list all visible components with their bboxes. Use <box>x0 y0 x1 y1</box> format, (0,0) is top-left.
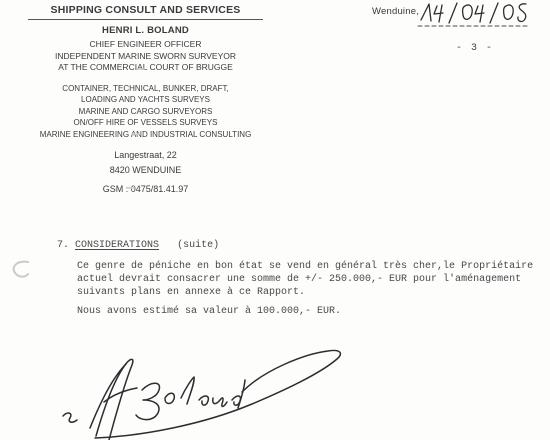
digit-4 <box>434 5 443 22</box>
letterhead: SHIPPING CONSULT AND SERVICES HENRI L. B… <box>28 4 263 195</box>
credentials-block: CHIEF ENGINEER OFFICER INDEPENDENT MARIN… <box>28 39 263 74</box>
gsm-phone: GSM : 0475/81.41.97 <box>28 183 263 195</box>
dateline-place: Wenduine, <box>372 6 419 17</box>
credential-line: CHIEF ENGINEER OFFICER <box>28 39 263 51</box>
signature-d-stroke <box>232 380 245 408</box>
signature-h-stroke <box>96 359 133 440</box>
scan-artifact-curl <box>4 254 34 284</box>
signature-image <box>52 336 347 440</box>
scan-smudge <box>136 68 145 70</box>
digit-8 <box>518 4 526 22</box>
address-block: Langestraat, 22 8420 WENDUINE <box>28 148 263 178</box>
scan-smudge <box>126 187 135 189</box>
address-city: 8420 WENDUINE <box>28 163 263 178</box>
scanned-document-page: SHIPPING CONSULT AND SERVICES HENRI L. B… <box>0 0 550 440</box>
signature-leadin-stroke <box>63 413 77 422</box>
service-line: LOADING AND YACHTS SURVEYS <box>28 94 263 106</box>
signature-n-stroke <box>213 398 227 407</box>
body-paragraph-2: Nous avons estimé sa valeur à 100.000,- … <box>77 305 477 318</box>
scan-smudge <box>131 133 140 135</box>
digit-1 <box>421 4 431 21</box>
signature-a-stroke <box>199 396 208 405</box>
credential-line: AT THE COMMERCIAL COURT OF BRUGGE <box>28 62 263 74</box>
section-number: 7. <box>57 240 69 251</box>
section-suffix: (suite) <box>177 240 219 251</box>
digit-4 <box>475 5 484 22</box>
signature-l-stroke <box>181 377 194 404</box>
slash <box>490 3 498 23</box>
service-line: CONTAINER, TECHNICAL, BUNKER, DRAFT, <box>28 83 263 95</box>
signature-o-stroke <box>165 393 174 403</box>
digit-0 <box>463 5 473 19</box>
handwritten-date <box>416 0 534 30</box>
section-title: CONSIDERATIONS <box>75 240 159 251</box>
service-line: ON/OFF HIRE OF VESSELS SURVEYS <box>28 117 263 129</box>
digit-0 <box>504 5 514 19</box>
company-name: SHIPPING CONSULT AND SERVICES <box>28 4 263 20</box>
page-number: - 3 - <box>456 43 494 54</box>
credential-line: INDEPENDENT MARINE SWORN SURVEYOR <box>28 51 263 63</box>
services-block: CONTAINER, TECHNICAL, BUNKER, DRAFT, LOA… <box>28 83 263 141</box>
signature-b-stroke <box>136 383 160 419</box>
slash <box>449 3 457 23</box>
service-line: MARINE AND CARGO SURVEYORS <box>28 106 263 118</box>
body-paragraph-1: Ce genre de péniche en bon état se vend … <box>77 260 547 300</box>
section-heading: 7. CONSIDERATIONS (suite) <box>57 240 219 251</box>
person-name: HENRI L. BOLAND <box>28 25 263 36</box>
service-line: MARINE ENGINEERING AND INDUSTRIAL CONSUL… <box>28 129 263 141</box>
address-street: Langestraat, 22 <box>28 148 263 163</box>
signature-h-stroke <box>90 364 126 428</box>
